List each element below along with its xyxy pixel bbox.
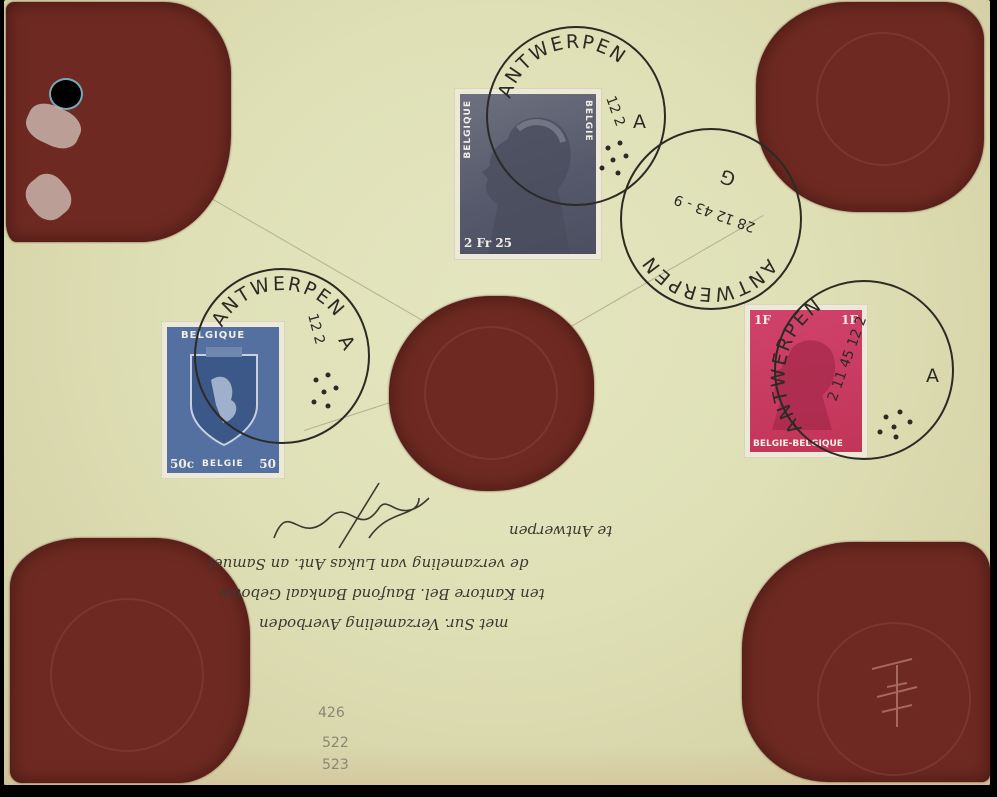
stamp-value-right: 50 — [259, 457, 276, 471]
address-line-4: te Antwerpen — [509, 522, 612, 540]
postmark-red-stamp: ANTWERPEN 2 11 45 12 2 A — [774, 280, 954, 460]
wax-seal-bottom-left — [10, 538, 250, 783]
envelope: BELGIQUE BELGIE 2 Fr 25 BELGIQUE 50c BEL… — [4, 0, 990, 785]
address-line-3: de verzameling van Lukas Ant. an Samuel — [209, 555, 529, 573]
svg-text:ANTWERPEN: ANTWERPEN — [631, 215, 784, 328]
svg-text:12 2: 12 2 — [304, 312, 328, 346]
svg-text:G: G — [715, 164, 738, 190]
svg-text:ANTWERPEN: ANTWERPEN — [494, 31, 631, 101]
pencil-note-3: 523 — [322, 757, 349, 773]
wax-seal-top-left — [6, 2, 231, 242]
svg-text:ANTWERPEN: ANTWERPEN — [768, 294, 827, 438]
wax-seal-bottom-right — [742, 542, 990, 782]
stamp-value-left: 50c — [170, 457, 194, 471]
wax-seal-center — [389, 296, 594, 491]
postmark-left: ANTWERPEN 12 2 A — [194, 268, 370, 444]
svg-text:2 11 45 12 2: 2 11 45 12 2 — [825, 314, 870, 403]
pencil-note-1: 426 — [318, 705, 345, 721]
svg-text:12 2: 12 2 — [602, 94, 628, 129]
address-line-1: met Sur. Verzameling Averboden — [259, 615, 509, 633]
svg-text:A: A — [633, 111, 648, 133]
stamp-value: 2 Fr 25 — [464, 236, 512, 250]
stamp-country-left: BELGIQUE — [463, 100, 473, 159]
pencil-note-2: 522 — [322, 735, 349, 751]
seal-monogram-icon — [867, 657, 927, 737]
svg-text:A: A — [334, 332, 361, 356]
svg-text:ANTWERPEN: ANTWERPEN — [207, 273, 349, 330]
punch-hole — [51, 80, 81, 108]
svg-text:28 12 43 - 9: 28 12 43 - 9 — [672, 191, 758, 235]
address-line-2: ten Kantore Bel. Baufond Bankaal Gebouw — [219, 585, 545, 603]
signature-scribble — [269, 478, 439, 558]
stamp-country-bottom: BELGIE — [202, 459, 244, 469]
svg-text:A: A — [926, 365, 941, 387]
postmark-right-inverted: ANTWERPEN 28 12 43 - 9 G — [620, 128, 802, 310]
